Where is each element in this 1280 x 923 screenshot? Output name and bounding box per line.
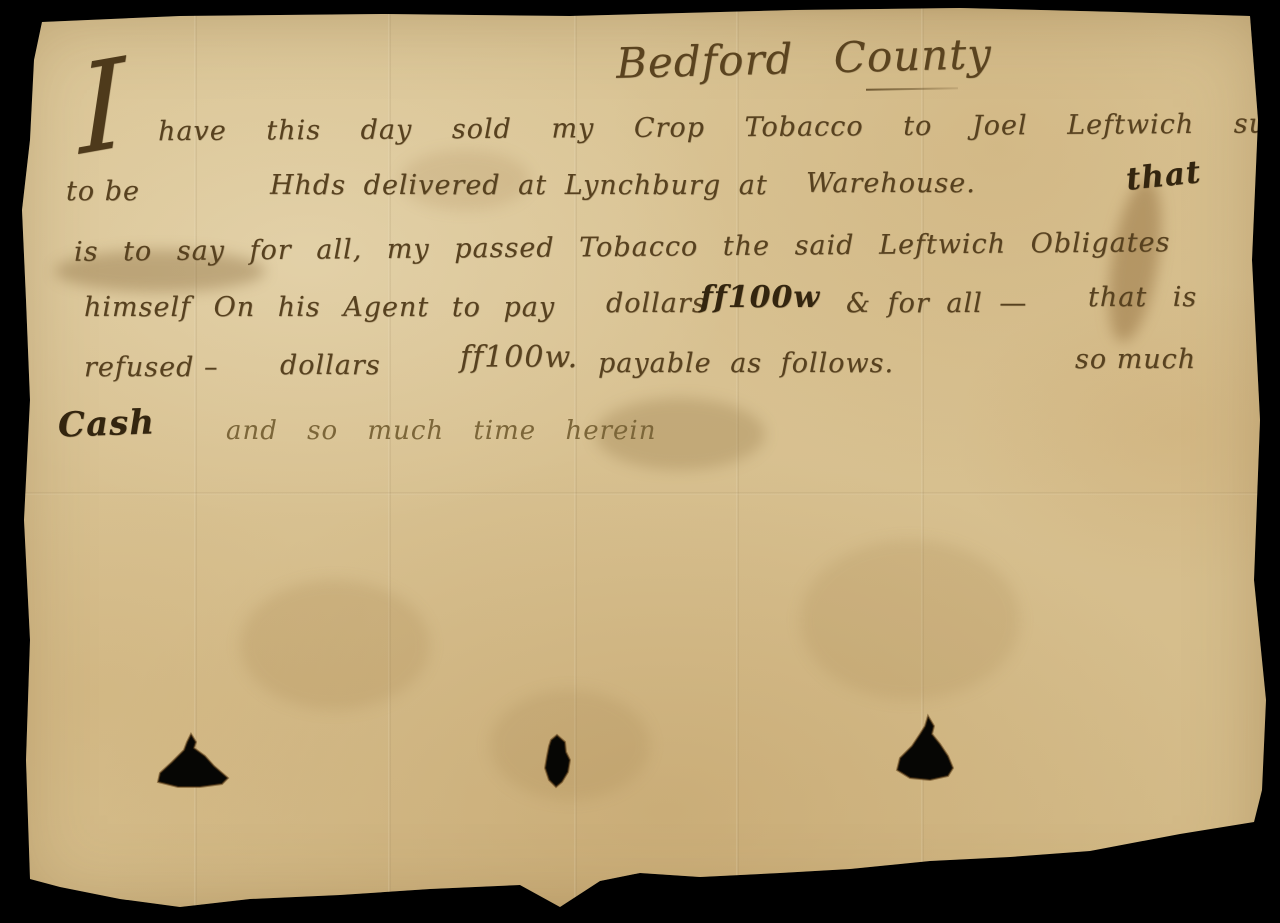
manuscript-line-6a: Cash — [57, 402, 155, 445]
manuscript-line-5d: payable as follows. — [598, 348, 894, 379]
stain — [800, 540, 1020, 700]
paper-hole-right — [890, 708, 962, 788]
decorative-initial: I — [76, 41, 129, 173]
per-hundredweight-mark: ff100w. — [460, 340, 578, 375]
paper-hole-middle — [536, 728, 580, 796]
county-header: Bedford County — [615, 29, 992, 88]
manuscript-line-2b: Hhds delivered at Lynchburg at — [270, 170, 768, 201]
per-hundredweight-mark: ff100w — [700, 280, 820, 315]
manuscript-line-6b: and so much time herein — [226, 416, 656, 446]
scanned-document: Bedford County I have this day sold my C… — [0, 0, 1280, 923]
manuscript-line-2c: Warehouse. — [806, 168, 976, 199]
paper-hole-left — [150, 726, 240, 796]
fold-crease — [0, 492, 1280, 495]
manuscript-line-4e: that is — [1088, 282, 1197, 313]
manuscript-line-2a: to be — [66, 176, 140, 207]
pen-flourish — [866, 87, 958, 91]
manuscript-line-1: have this day sold my Crop Tobacco to Jo… — [158, 108, 1280, 147]
manuscript-line-3: is to say for all, my passed Tobacco the… — [74, 227, 1171, 268]
manuscript-line-2d: that — [1124, 154, 1203, 198]
manuscript-line-5e: so much — [1075, 344, 1196, 375]
manuscript-line-4d: & for all — — [846, 288, 1027, 319]
manuscript-line-5b: dollars — [280, 350, 381, 381]
manuscript-line-5a: refused – — [84, 352, 218, 383]
ink-stain — [1099, 175, 1170, 345]
stain — [240, 580, 430, 710]
manuscript-line-4a: himself On his Agent to pay — [84, 292, 555, 323]
manuscript-line-4b: dollars — [606, 288, 707, 319]
manuscript-paper: Bedford County I have this day sold my C… — [0, 0, 1280, 923]
